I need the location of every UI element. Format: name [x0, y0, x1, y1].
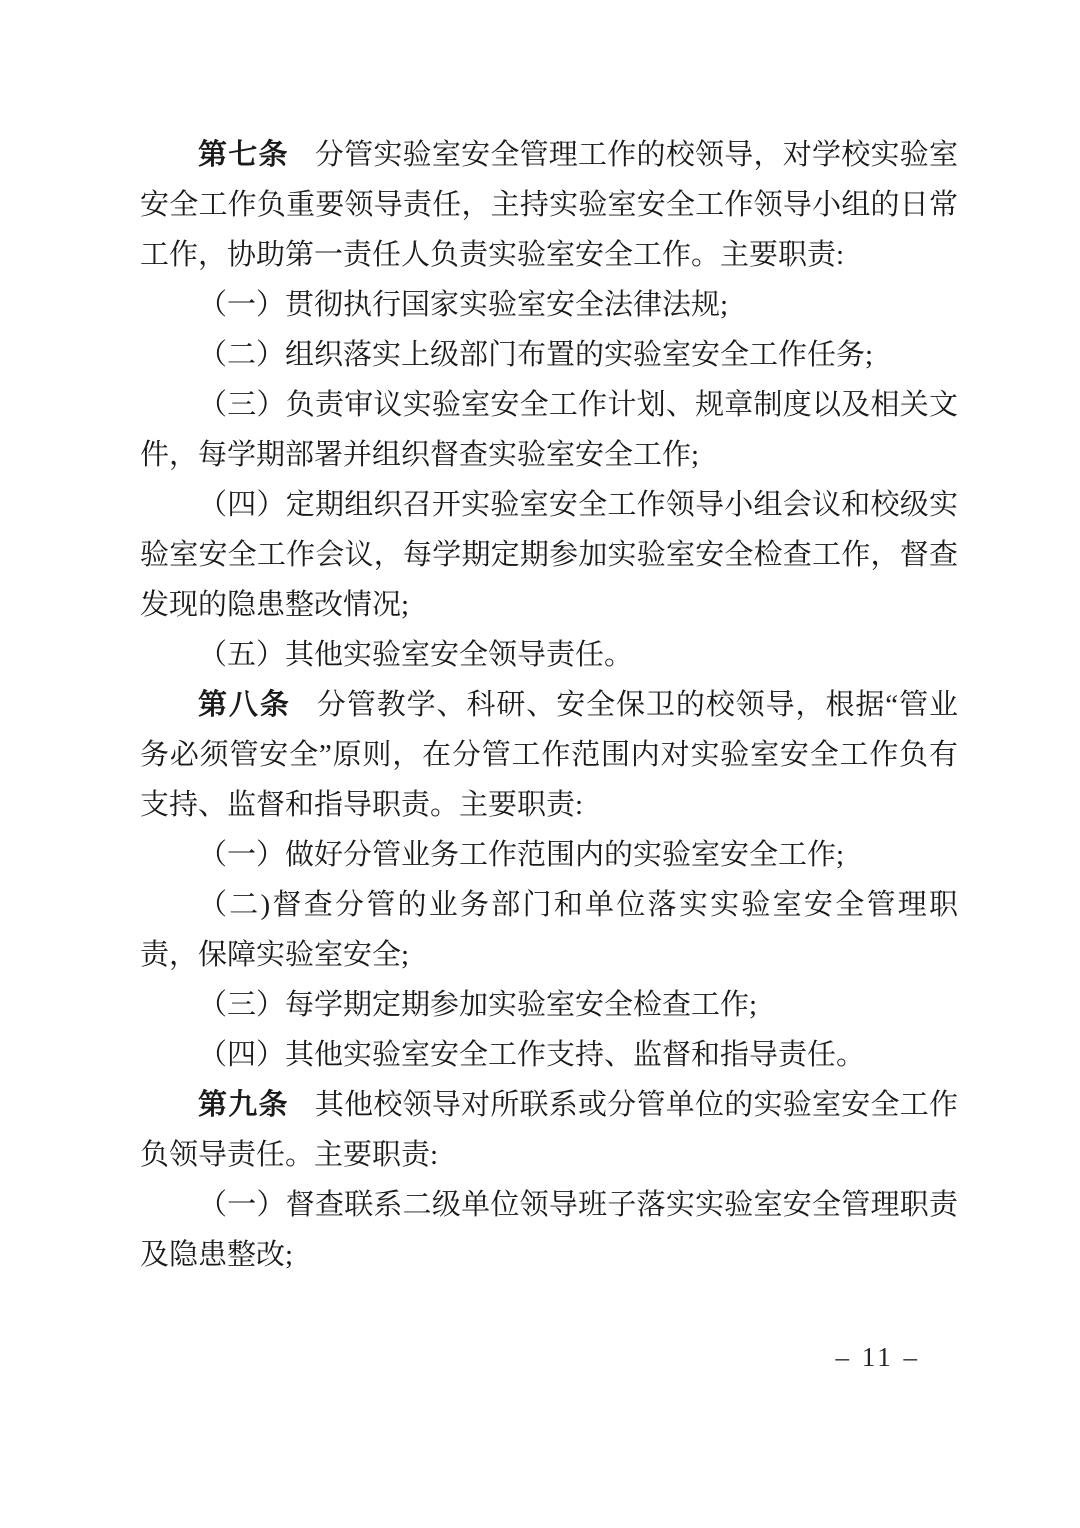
- clause-paragraph: （四）其他实验室安全工作支持、监督和指导责任。: [140, 1030, 958, 1080]
- paragraph-text: （二)督查分管的业务部门和单位落实实验室安全管理职责，保障实验室安全;: [140, 889, 958, 971]
- clause-paragraph: （四）定期组织召开实验室安全工作领导小组会议和校级实验室安全工作会议，每学期定期…: [140, 480, 958, 630]
- page-number: – 11 –: [836, 1342, 921, 1372]
- paragraph-text: （三）负责审议实验室安全工作计划、规章制度以及相关文件，每学期部署并组织督查实验…: [140, 389, 958, 471]
- clause-paragraph: （一）贯彻执行国家实验室安全法律法规;: [140, 280, 958, 330]
- clause-paragraph: （二)督查分管的业务部门和单位落实实验室安全管理职责，保障实验室安全;: [140, 880, 958, 980]
- clause-paragraph: （三）每学期定期参加实验室安全检查工作;: [140, 980, 958, 1030]
- paragraph-text: （四）其他实验室安全工作支持、监督和指导责任。: [198, 1039, 865, 1071]
- paragraph-text: （一）贯彻执行国家实验室安全法律法规;: [198, 289, 728, 321]
- paragraph-text: （三）每学期定期参加实验室安全检查工作;: [198, 989, 757, 1021]
- paragraph-text: （四）定期组织召开实验室安全工作领导小组会议和校级实验室安全工作会议，每学期定期…: [140, 489, 958, 621]
- document-page: 第七条分管实验室安全管理工作的校领导，对学校实验室安全工作负重要领导责任，主持实…: [0, 0, 1080, 1528]
- article-paragraph: 第七条分管实验室安全管理工作的校领导，对学校实验室安全工作负重要领导责任，主持实…: [140, 130, 958, 280]
- document-body: 第七条分管实验室安全管理工作的校领导，对学校实验室安全工作负重要领导责任，主持实…: [140, 130, 958, 1280]
- article-number: 第七条: [198, 139, 289, 171]
- article-paragraph: 第八条分管教学、科研、安全保卫的校领导，根据“管业务必须管安全”原则，在分管工作…: [140, 680, 958, 830]
- paragraph-text: （一）督查联系二级单位领导班子落实实验室安全管理职责及隐患整改;: [140, 1189, 958, 1271]
- paragraph-text: （一）做好分管业务工作范围内的实验室安全工作;: [198, 839, 844, 871]
- clause-paragraph: （五）其他实验室安全领导责任。: [140, 630, 958, 680]
- clause-paragraph: （三）负责审议实验室安全工作计划、规章制度以及相关文件，每学期部署并组织督查实验…: [140, 380, 958, 480]
- article-number: 第八条: [198, 689, 291, 721]
- clause-paragraph: （二）组织落实上级部门布置的实验室安全工作任务;: [140, 330, 958, 380]
- article-paragraph: 第九条其他校领导对所联系或分管单位的实验室安全工作负领导责任。主要职责:: [140, 1080, 958, 1180]
- paragraph-text: （二）组织落实上级部门布置的实验室安全工作任务;: [198, 339, 873, 371]
- paragraph-text: （五）其他实验室安全领导责任。: [198, 639, 633, 671]
- article-number: 第九条: [198, 1089, 289, 1121]
- clause-paragraph: （一）做好分管业务工作范围内的实验室安全工作;: [140, 830, 958, 880]
- clause-paragraph: （一）督查联系二级单位领导班子落实实验室安全管理职责及隐患整改;: [140, 1180, 958, 1280]
